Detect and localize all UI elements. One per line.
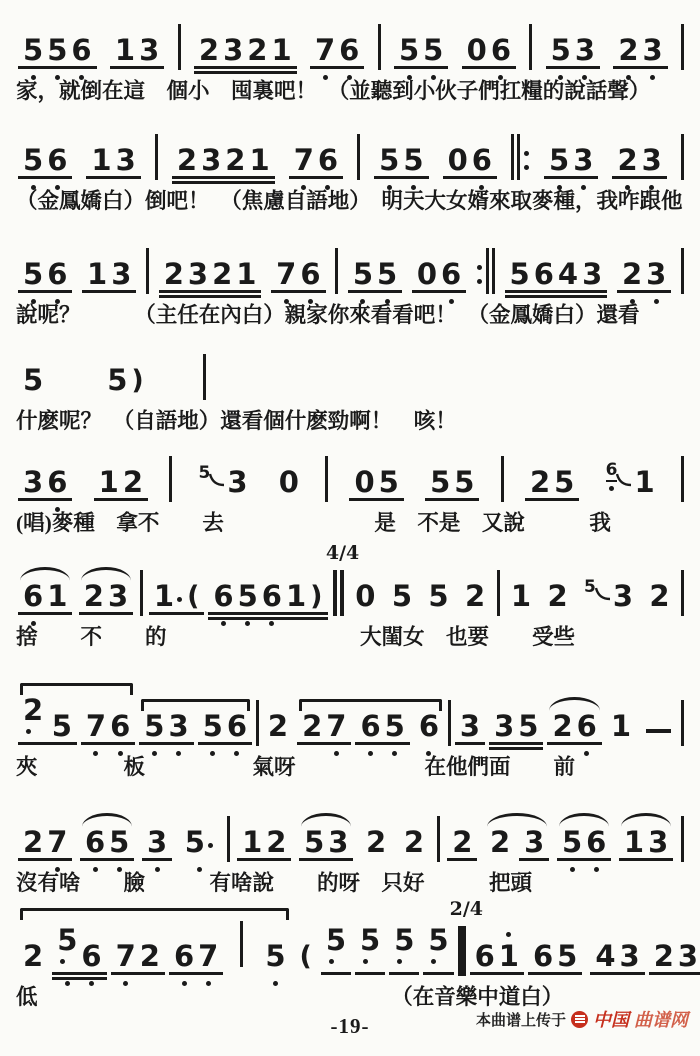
note-number: 5 (107, 363, 127, 397)
beam-group: 53 (298, 828, 354, 866)
note: 6 (300, 260, 320, 289)
beam-segments: 5 (16, 366, 50, 404)
note-number: 6 (475, 939, 495, 973)
note: 6 (339, 36, 359, 65)
system-5: 361253005552561(唱)麥種 拿不 去 是 不是 又說 我 (16, 446, 686, 537)
note: 3 (494, 712, 514, 741)
note-number: 5 (518, 709, 538, 743)
beam-segments: 5 (421, 582, 455, 620)
beam-group: 72 (110, 942, 166, 980)
note: 2 (654, 942, 674, 971)
system-1: 5561323217655065323家，就倒在這 個小 囤裏吧！ （並聽到小伙… (16, 14, 686, 105)
beam-segments: 06 (410, 260, 468, 298)
note-number: 5 (428, 579, 448, 613)
beam-group: 05 (348, 468, 404, 506)
time-signature: 2/4 (450, 898, 483, 920)
note: 2 (84, 582, 104, 611)
beam-group: 36 (17, 468, 73, 506)
note: 1 (154, 582, 183, 611)
grace-slide-icon (616, 473, 632, 487)
note-number: 7 (294, 143, 314, 177)
beam-segments: 23 (610, 146, 668, 184)
note: 5 (399, 36, 419, 65)
beam-segments: 27656 (295, 712, 446, 750)
note-number: 3 (111, 257, 131, 291)
beam-segments: 76 (308, 36, 366, 74)
note-number: 3 (642, 143, 662, 177)
barline (448, 700, 451, 746)
beam-group: 61 (17, 582, 73, 620)
note-group: 76 (308, 36, 366, 74)
note-group: 53 (542, 146, 600, 184)
beam-segments: 5356 (137, 712, 254, 750)
note: 2 (617, 146, 637, 175)
note-number: 5 (423, 33, 443, 67)
barline (256, 700, 259, 746)
barline (140, 570, 143, 616)
note-number: 6 (441, 257, 461, 291)
note-number: 2 (266, 825, 286, 859)
note: 1 (624, 828, 644, 857)
lyrics-line: 什麽呢？ （自語地）還看個什麽勁啊！ 咳！ (16, 408, 686, 435)
note-number: 5 (238, 579, 258, 613)
beam-segments: 61 (468, 942, 526, 980)
lyrics-line: 沒有啥 臉 有啥說 的呀 只好 把頭 (16, 870, 686, 897)
note: 3 (678, 942, 698, 971)
staff-line: 55) (16, 344, 224, 404)
bar-with-time: 4/4 (332, 570, 346, 620)
note-number: 5 (394, 923, 414, 957)
note-number: 2 (618, 33, 638, 67)
note: 3 (108, 582, 128, 611)
beam-segments: 76 (269, 260, 327, 298)
note-group: 76 (269, 260, 327, 298)
note: 6 (491, 36, 511, 65)
note-group: 2 (458, 582, 492, 620)
note: 5 (430, 468, 450, 497)
note-number: 6 (85, 825, 105, 859)
beam-group: 0 (349, 582, 381, 620)
note-number: 3 (620, 939, 640, 973)
dotted-note-dot (208, 843, 213, 848)
note-group: 12 (92, 468, 150, 506)
note-number: 3 (678, 939, 698, 973)
note: 2 (164, 260, 184, 289)
note: 3 (646, 260, 666, 289)
note: 6 (586, 828, 606, 857)
beam-segments: 13 (80, 260, 138, 298)
beam-segments: 36 (16, 468, 74, 506)
beam-group: 56 (51, 926, 107, 980)
note-number: 6 (606, 462, 618, 482)
note: 5 (107, 366, 127, 395)
beam-group: 1 (605, 712, 637, 750)
beam-group: 13 (81, 260, 137, 298)
note-group: 5) (100, 366, 151, 404)
beam-segments: 13 (84, 146, 142, 184)
beam-group: 23 (616, 260, 672, 298)
note: 5 (203, 712, 223, 741)
note: 3 (582, 260, 602, 289)
grace-slide-icon (209, 473, 225, 487)
beam-group: 26 (546, 712, 602, 750)
note-number: 1 (271, 33, 291, 67)
barline (681, 570, 684, 616)
beam-group: 556 (17, 36, 98, 74)
note-number: 0 (279, 465, 299, 499)
staff-line: 25765356227656335261 (16, 690, 686, 750)
note-number: 5 (23, 33, 43, 67)
beam-group: 61 (469, 942, 525, 980)
beam-group: 06 (461, 36, 517, 74)
note: 2 (649, 582, 669, 611)
beam-group: 27 (296, 712, 352, 750)
note-group: 2321 (157, 260, 264, 298)
lyrics-line: (唱)麥種 拿不 去 是 不是 又說 我 (16, 510, 686, 537)
note: 2 (622, 260, 642, 289)
low-octave-dot (609, 486, 614, 491)
beam-segments: 2321 (170, 146, 277, 184)
note: 1 (99, 468, 119, 497)
note-number: 3 (223, 33, 243, 67)
note: 5 (403, 146, 423, 175)
watermark: 本曲谱上传于 中国曲谱网 (476, 1006, 688, 1032)
note-number: 2 (404, 825, 424, 859)
note: 0 (354, 468, 374, 497)
note: 1 (611, 712, 631, 741)
note: 2 (225, 146, 245, 175)
note-group: 56 (555, 813, 613, 866)
beam-group: 43 (589, 942, 645, 980)
note-number: 5 (562, 825, 582, 859)
note-number: 1 (242, 825, 262, 859)
note-number: 2 (23, 825, 43, 859)
beam-group: 53 (193, 468, 254, 506)
note: 1 (499, 942, 519, 971)
note-group: 2 (642, 582, 676, 620)
beam-group: 2321 (171, 146, 276, 184)
note-number: 2 (302, 709, 322, 743)
note: 1 (115, 36, 135, 65)
note-number: 6 (227, 709, 247, 743)
beam-segments: 25 (523, 468, 581, 506)
final-barline (332, 570, 346, 620)
note-number: 4 (558, 257, 578, 291)
note-number: 1 (286, 579, 306, 613)
note: 7 (116, 942, 136, 971)
note-number: 1 (91, 143, 111, 177)
note: 6 (213, 582, 233, 611)
note-number: 2 (366, 825, 386, 859)
note: 2 (618, 36, 638, 65)
note-number: 5 (430, 465, 450, 499)
note-number: 6 (23, 579, 43, 613)
beam-group: 5) (101, 366, 150, 404)
beam-segments: 43 (588, 942, 646, 980)
note: 2 (366, 828, 386, 857)
note-number: 2 (123, 465, 143, 499)
parenthesis: ) (131, 367, 143, 394)
beam-segments: 76 (287, 146, 345, 184)
beam-group: 55 (347, 260, 403, 298)
beam-group: 2 (541, 582, 573, 620)
note-number: 2 (23, 693, 43, 727)
note: 6 (110, 712, 130, 741)
note-number: 5 (399, 33, 419, 67)
beam-segments: 61 (16, 582, 74, 620)
note: 5 (47, 36, 67, 65)
note: 3 (643, 36, 663, 65)
brand-sub: 曲谱网 (634, 1006, 688, 1032)
beam-group: 6 (413, 712, 445, 750)
note-group: 27656 (295, 699, 446, 750)
beam-segments: 27 (16, 828, 74, 866)
beam-segments: 1 (604, 712, 638, 750)
note: 6 (533, 942, 553, 971)
note-number: 7 (198, 939, 218, 973)
note: 2 (530, 468, 550, 497)
note-number: 5 (549, 143, 569, 177)
note-number: 3 (460, 709, 480, 743)
time-signature: 4/4 (326, 542, 359, 564)
note: 5 (23, 366, 43, 395)
note: 2 (177, 146, 197, 175)
note-number: 5 (428, 923, 448, 957)
note-group: 5356 (137, 699, 254, 750)
beam-group: 5 (354, 926, 386, 980)
note-group: 13 (84, 146, 142, 184)
dotted-note-dot (397, 959, 402, 964)
system-2: 561323217655065323（金鳳嬌白）倒吧！ （焦慮自語地） 明天大女… (16, 124, 686, 215)
beam-group: 5 (422, 926, 454, 980)
note: 6 (606, 477, 618, 497)
note-number: 2 (23, 939, 43, 973)
half-note-dash (646, 729, 671, 733)
note-group: 05 (347, 468, 405, 506)
note-group: 65 (526, 942, 584, 980)
note: 2 (268, 712, 288, 741)
note-number: 6 (586, 825, 606, 859)
note-number: 1 (154, 579, 174, 613)
beam-segments: 23 (611, 36, 669, 74)
barline (681, 700, 684, 746)
barline (333, 570, 337, 616)
note-group: 2 (540, 582, 574, 620)
note: 5 (554, 468, 574, 497)
barline (681, 248, 684, 294)
note: 6 (47, 468, 67, 497)
note: 2 (199, 36, 219, 65)
note-number: 5 (109, 825, 129, 859)
note-group: 23 (647, 942, 700, 980)
note-group: 06 (460, 36, 518, 74)
note-number: 2 (268, 709, 288, 743)
note-group: 2 (397, 828, 431, 866)
note: 6 (360, 712, 380, 741)
note-number: 5 (377, 257, 397, 291)
beam-segments: 23 (615, 260, 673, 298)
note-group: 2 (261, 712, 295, 750)
beam-segments: 55 (372, 146, 430, 184)
beam-segments: 06 (460, 36, 518, 74)
note-number: 6 (318, 143, 338, 177)
note-group: 2 (445, 828, 479, 866)
note-group: 56 (16, 260, 74, 298)
beam-segments: 23 (647, 942, 700, 980)
note: 5 (551, 36, 571, 65)
note: 6 (318, 146, 338, 175)
note: 7 (294, 146, 314, 175)
beam-segments: 05 (347, 468, 405, 506)
note-number: 6 (174, 939, 194, 973)
beam-group: 2 (17, 942, 49, 980)
note-number: 2 (654, 939, 674, 973)
beam-group: 5643 (504, 260, 609, 298)
beam-group: 5 (386, 582, 418, 620)
note-group: (5555 (293, 926, 456, 980)
note-number: 7 (276, 257, 296, 291)
barline (529, 24, 532, 70)
beam-group: 53 (138, 712, 194, 750)
note: 5 (52, 712, 72, 741)
note: 0 (417, 260, 437, 289)
note: 2 (247, 36, 267, 65)
note-group: 556 (16, 36, 99, 74)
note-number: 5 (47, 33, 67, 67)
note: 5 (377, 260, 397, 289)
note: 3 (139, 36, 159, 65)
note-group: 1(6561) (147, 582, 330, 620)
beam-segments: 61 (599, 468, 662, 506)
barline (203, 354, 206, 400)
barline (155, 134, 158, 180)
note-number: 6 (339, 33, 359, 67)
note: 3 (116, 146, 136, 175)
beam-group: 5 (259, 942, 291, 980)
repeat-dot (477, 279, 482, 284)
beam-group: 2 (459, 582, 491, 620)
beam-segments: 2 (397, 828, 431, 866)
bar-with-time: 2/4 (456, 926, 468, 980)
beam-group: 2 (398, 828, 430, 866)
beam-group: 0 (273, 468, 305, 506)
beam-segments: 3 (140, 828, 174, 866)
note-group: 1 (504, 582, 538, 620)
note-group: 27 (16, 828, 74, 866)
watermark-text: 本曲谱上传于 (476, 1009, 566, 1030)
beam-group: 55 (373, 146, 429, 184)
beam-group: 35 (488, 712, 544, 750)
note-group: 5 (385, 582, 419, 620)
note: 3 (23, 468, 43, 497)
note-group: 335 (453, 712, 546, 750)
repeat-dot (524, 151, 529, 156)
note-number: 3 (582, 257, 602, 291)
beam-group: 56 (556, 828, 612, 866)
note-group: 23 (610, 146, 668, 184)
note-number: 3 (108, 579, 128, 613)
note-group: 25 (523, 468, 581, 506)
note: 1 (511, 582, 531, 611)
beam-segments: 2 (261, 712, 295, 750)
note: 2 (452, 828, 472, 857)
beam-segments: 2 (445, 828, 479, 866)
note-number: 3 (188, 257, 208, 291)
repeat-dot (524, 165, 529, 170)
note-number: 2 (177, 143, 197, 177)
note-number: 3 (23, 465, 43, 499)
note: 0 (355, 582, 375, 611)
barline (437, 816, 440, 862)
staff-line: 361253005552561 (16, 446, 686, 506)
barline (340, 570, 344, 616)
note: 3 (227, 468, 247, 497)
parenthesis: ) (310, 583, 322, 610)
note-number: 5 (557, 939, 577, 973)
note-number: 1 (249, 143, 269, 177)
quzhi-logo-icon (571, 1011, 588, 1028)
beam-group: 2321 (193, 36, 298, 74)
beam-group: 56 (17, 260, 73, 298)
lyrics-line: 捨 不 的 大閨女 也要 受些 (16, 624, 686, 651)
note-number: 5 (379, 465, 399, 499)
note-number: 5 (203, 709, 223, 743)
note: 5 (23, 260, 43, 289)
beam-segments: 53 (192, 468, 255, 506)
note: 6 (419, 712, 439, 741)
beam-segments: 53 (542, 146, 600, 184)
note: 1 (249, 146, 269, 175)
note: 7 (276, 260, 296, 289)
note-group: 61 (468, 942, 526, 980)
beam-segments: 2321 (157, 260, 264, 298)
note-number: 2 (465, 579, 485, 613)
note-number: 6 (213, 579, 233, 613)
note: 3 (642, 146, 662, 175)
beam-group: 13 (109, 36, 165, 74)
beam-segments: 2 (642, 582, 676, 620)
system-6: 61231(6561)4/4055212532捨 不 的 大閨女 也要 受些 (16, 560, 686, 651)
note-group: 61 (599, 468, 662, 506)
note: 7 (86, 712, 106, 741)
note-group: 06 (441, 146, 499, 184)
note: 2 (23, 828, 43, 857)
note-number: 6 (262, 579, 282, 613)
note: 6 (85, 828, 105, 857)
note: 1 (47, 582, 67, 611)
beam-group: 12 (236, 828, 292, 866)
note-number: 7 (315, 33, 335, 67)
barline (240, 921, 243, 967)
repeat-start-sign (509, 134, 532, 184)
note: 5 (510, 260, 530, 289)
note: 5 (379, 146, 399, 175)
note-number: 5 (551, 33, 571, 67)
note-number: 5 (326, 923, 346, 957)
beam-group: 06 (442, 146, 498, 184)
note-number: 2 (164, 257, 184, 291)
beam-segments: 53 (297, 828, 355, 866)
beam-group: 3 (518, 828, 550, 866)
beam-group: 5 (179, 828, 220, 866)
barline (357, 134, 360, 180)
note-number: 2 (225, 143, 245, 177)
note-number: 3 (575, 33, 595, 67)
note-number: 6 (472, 143, 492, 177)
beam-segments: 13 (108, 36, 166, 74)
section-barline (458, 926, 466, 976)
beam-group: 76 (80, 712, 136, 750)
